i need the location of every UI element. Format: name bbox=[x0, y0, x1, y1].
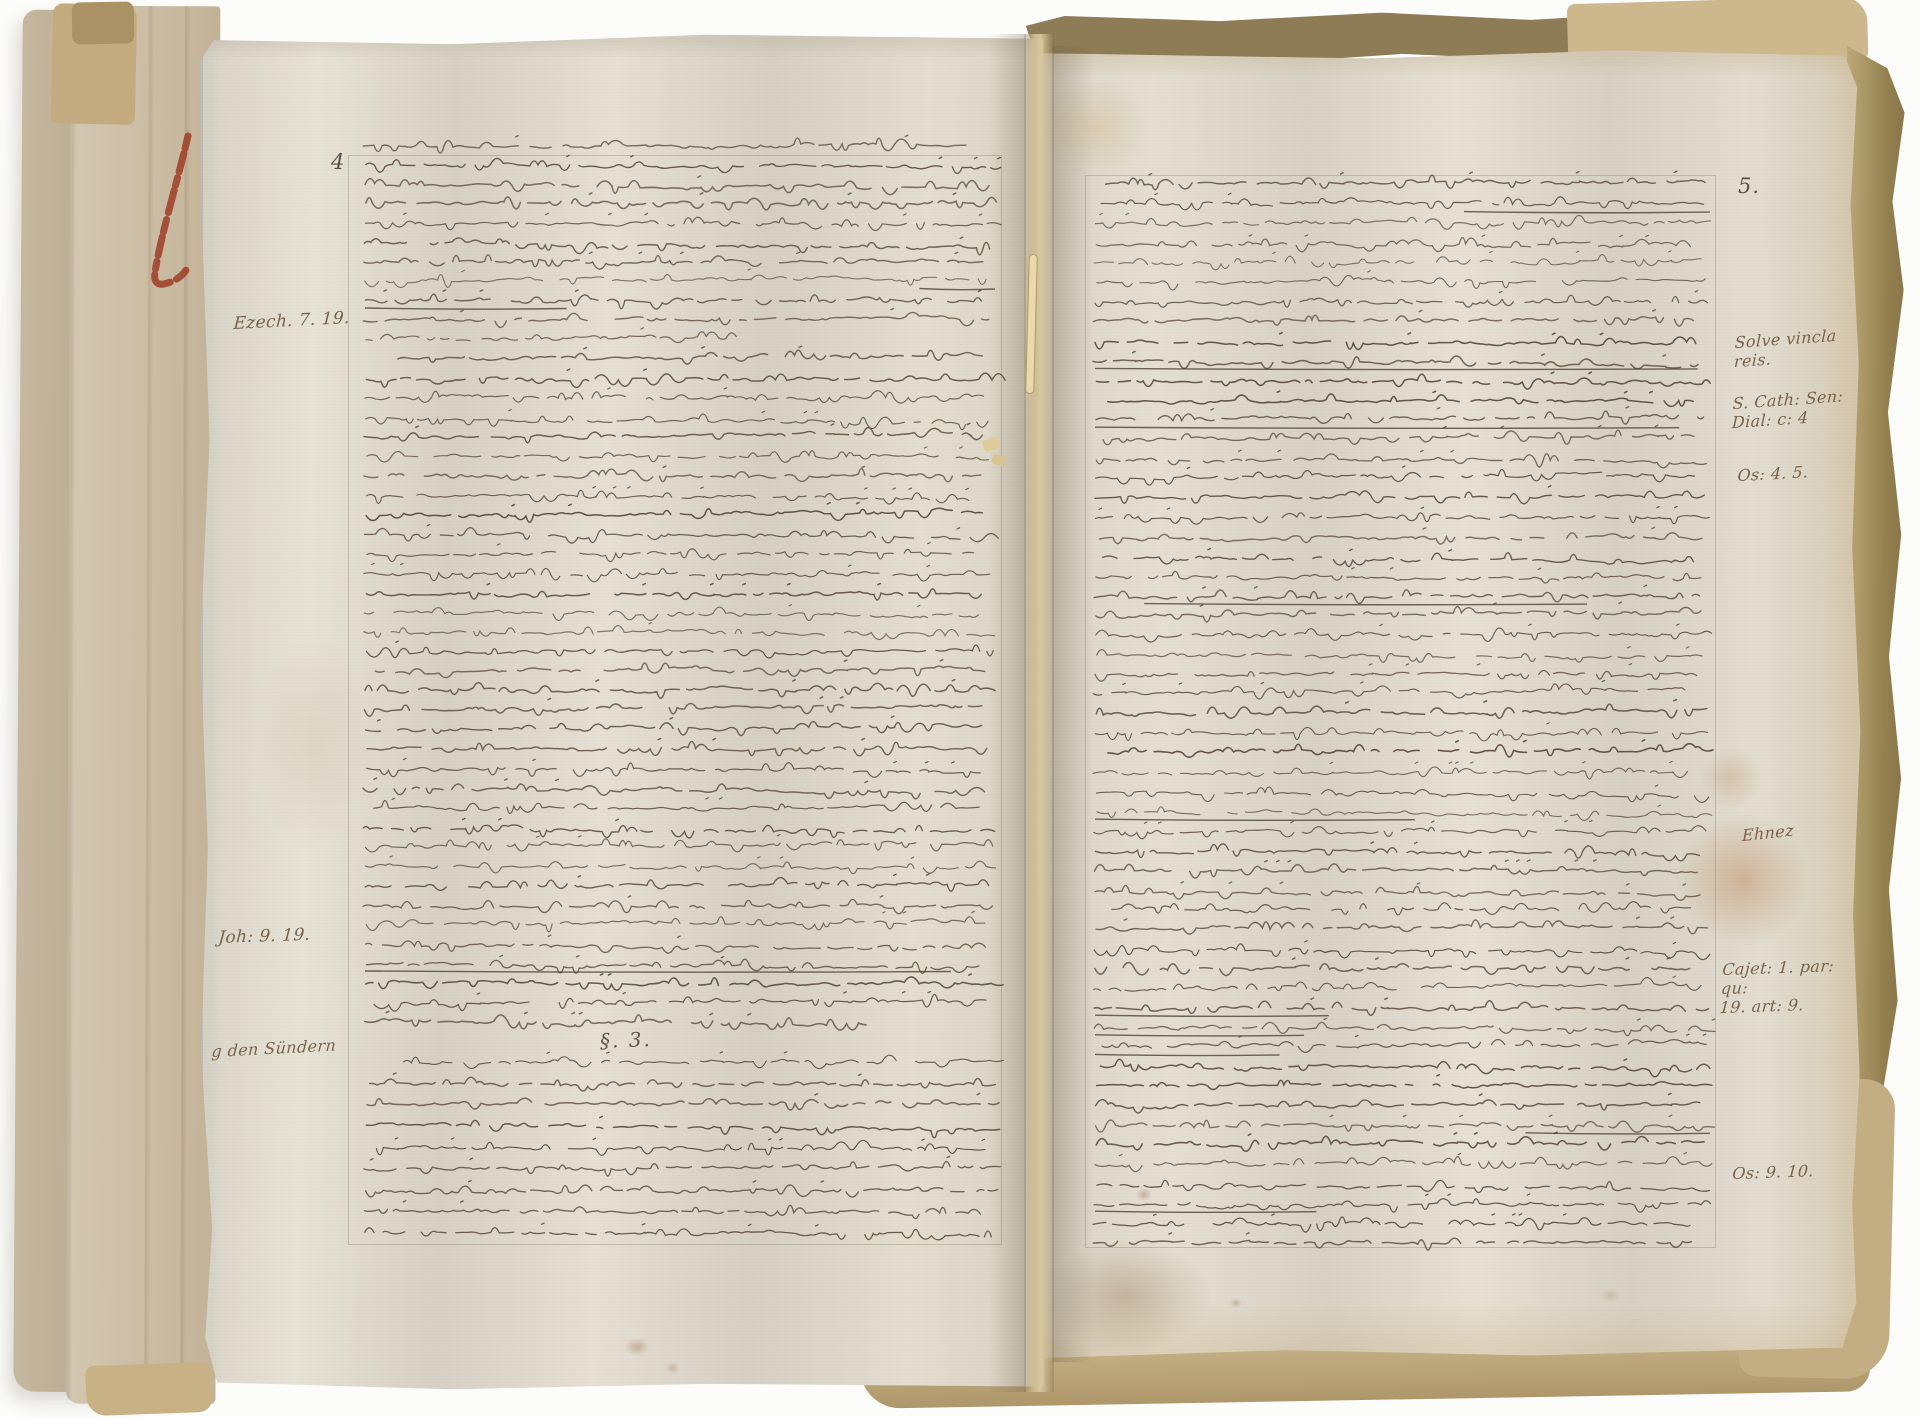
margin-notes-left: Ezech. 7. 19.Joh: 9. 19.g den Sündern bbox=[196, 32, 1046, 1392]
margin-note: Solve vincla reis. bbox=[1734, 324, 1862, 371]
margin-note: Ehnez bbox=[1742, 821, 1794, 846]
margin-note: Os: 9. 10. bbox=[1732, 1161, 1815, 1183]
gutter-shadow-right bbox=[1052, 46, 1094, 1362]
margin-note: S. Cath: Sen: Dial: c: 4 bbox=[1732, 386, 1844, 432]
folded-corner-tab bbox=[51, 3, 137, 125]
page-stack-flap-bl bbox=[85, 1362, 213, 1416]
margin-note: Os: 4. 5. bbox=[1737, 462, 1809, 485]
margin-note: Ezech. 7. 19. bbox=[233, 308, 350, 335]
margin-notes-right: Solve vincla reis.S. Cath: Sen: Dial: c:… bbox=[1040, 48, 1862, 1362]
gutter-shadow-left bbox=[988, 34, 1026, 1392]
folded-corner-tab-small bbox=[72, 1, 135, 44]
margin-note: Cajet: 1. par: qu: 19. art: 9. bbox=[1719, 955, 1862, 1018]
manuscript-photo: 4 §. 3. Ezech. 7. 19.Joh: 9. 19.g den Sü… bbox=[0, 0, 1920, 1417]
right-page: 5. Solve vincla reis.S. Cath: Sen: Dial:… bbox=[1040, 48, 1862, 1362]
margin-note: g den Sündern bbox=[211, 1035, 337, 1061]
page-stack-left-outer bbox=[13, 10, 119, 1393]
margin-note: Joh: 9. 19. bbox=[218, 925, 312, 949]
book-gutter bbox=[1024, 34, 1054, 1392]
left-page: 4 §. 3. Ezech. 7. 19.Joh: 9. 19.g den Sü… bbox=[196, 32, 1046, 1392]
